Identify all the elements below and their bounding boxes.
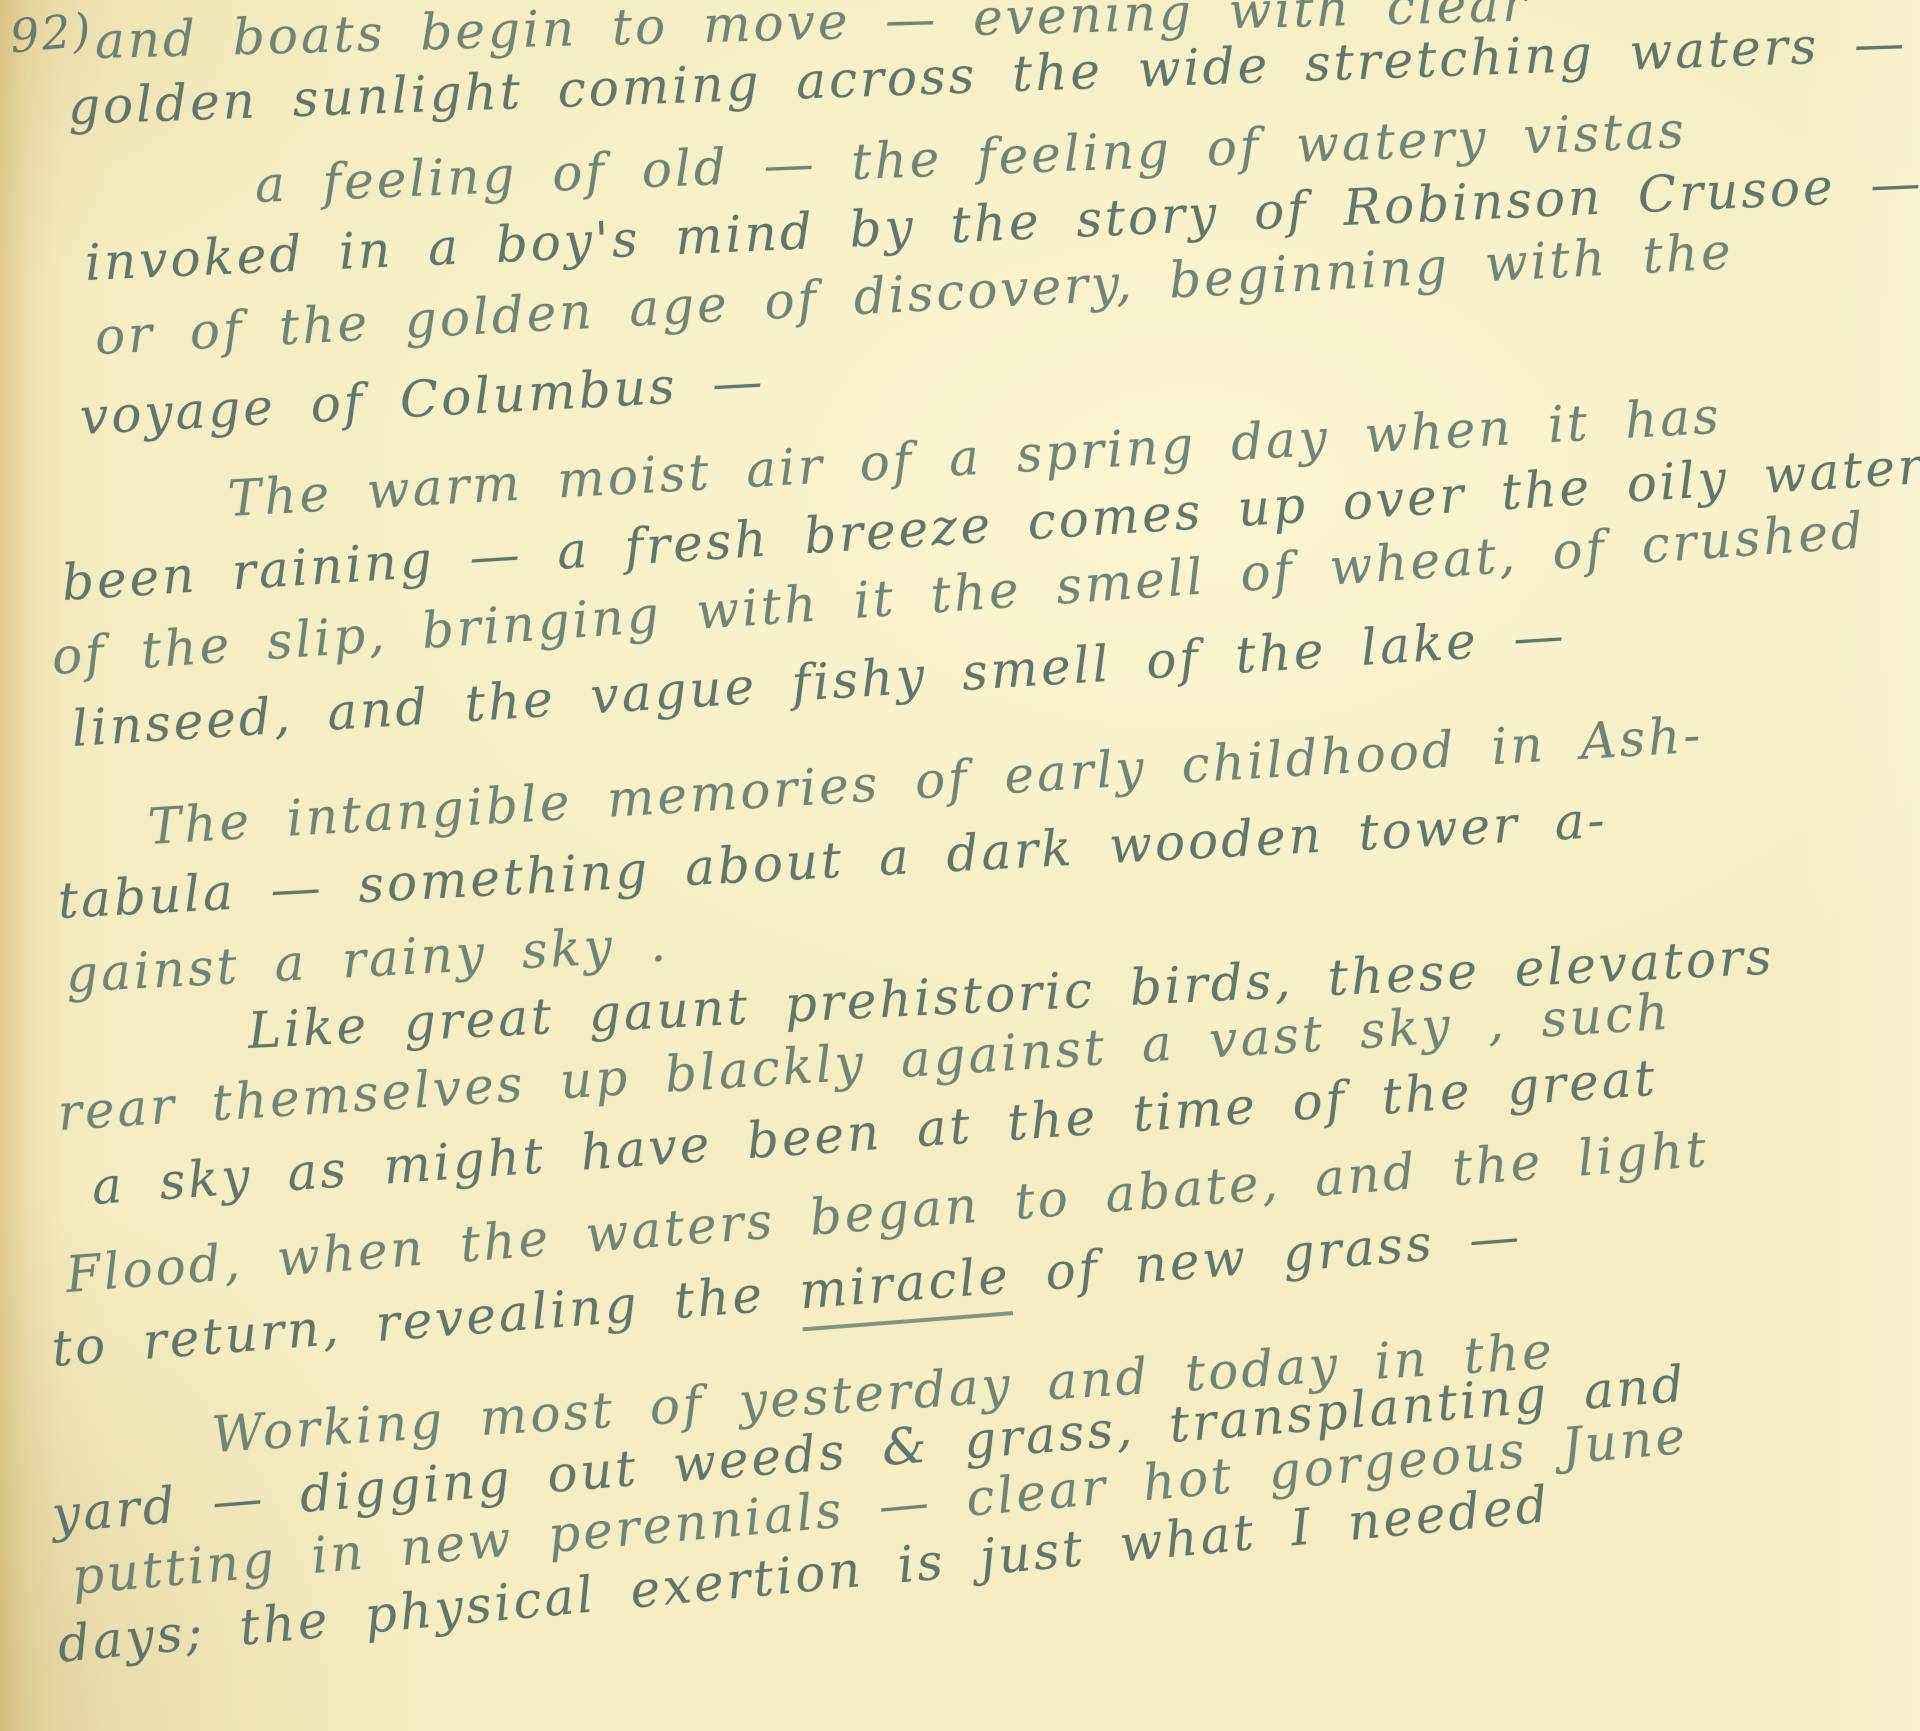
handwritten-text-block: and boats begin to move — evening with c… [0,0,1920,1731]
journal-page: 92) and boats begin to move — evening wi… [0,0,1920,1731]
underlined-word: miracle [797,1246,1013,1331]
handwritten-line: voyage of Columbus — [79,354,767,445]
